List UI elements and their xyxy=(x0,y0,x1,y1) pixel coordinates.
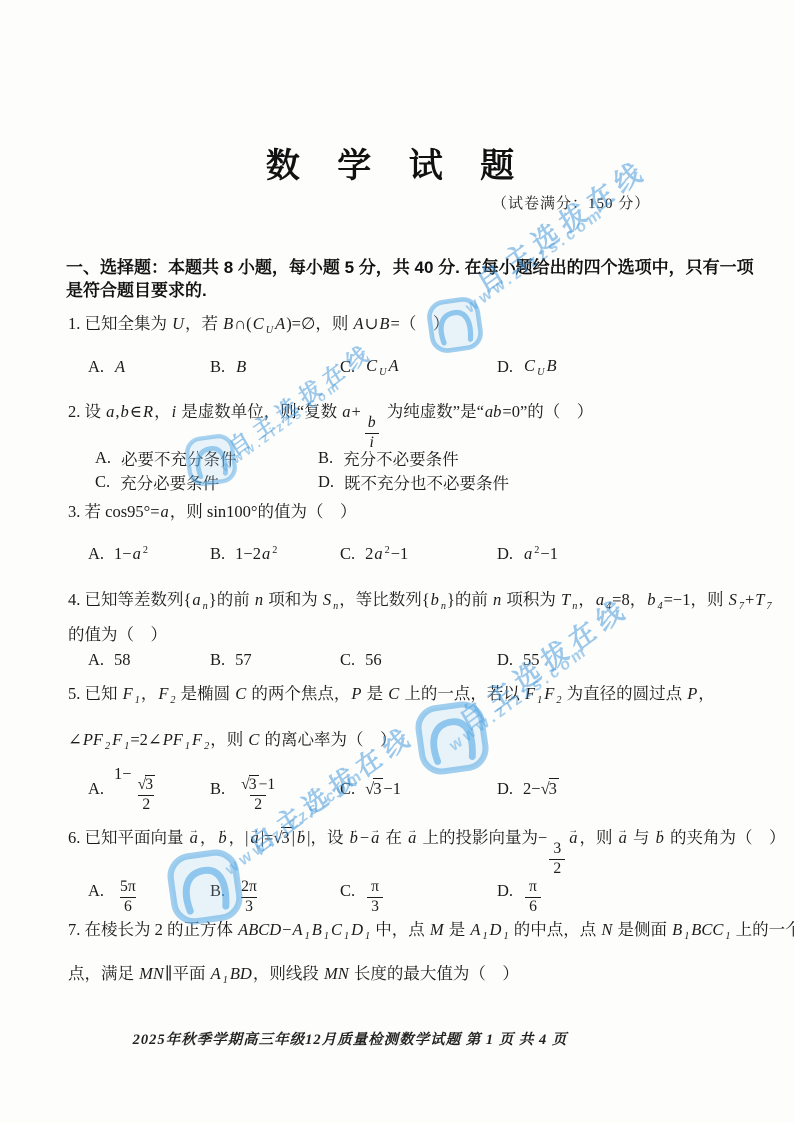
question-5-option-a: A.1−√32 xyxy=(88,764,210,814)
question-5-stem: 5. 已知 F1，F2 是椭圆 C 的两个焦点，P 是 C 上的一点，若以 F1… xyxy=(68,682,768,713)
question-1-option-c: C.CUA xyxy=(340,356,497,378)
option-value: 57 xyxy=(235,650,252,670)
question-2-option-a: A.必要不充分条件 xyxy=(95,446,318,470)
option-label: D. xyxy=(497,779,513,799)
option-label: B. xyxy=(210,779,225,799)
page-title: 数 学 试 题 xyxy=(0,138,794,187)
option-value: π6 xyxy=(523,866,543,916)
option-value: 58 xyxy=(114,650,131,670)
question-3-option-d: D.a2−1 xyxy=(497,544,768,564)
question-7-stem-line2: 点，满足 MN∥平面 A1BD，则线段 MN 长度的最大值为（ ） xyxy=(68,962,768,993)
option-value: 55 xyxy=(523,650,540,670)
question-2-options-row2: C.充分必要条件 D.既不充分也不必要条件 xyxy=(95,470,735,494)
question-4-stem: 4. 已知等差数列{an}的前 n 项和为 Sn，等比数列{bn}的前 n 项积… xyxy=(68,588,768,619)
option-value: 1−a2 xyxy=(114,544,149,564)
option-label: B. xyxy=(210,544,225,564)
option-label: A. xyxy=(88,650,104,670)
option-label: B. xyxy=(210,357,225,377)
question-3-option-b: B.1−2a2 xyxy=(210,544,340,564)
question-2-option-c: C.充分必要条件 xyxy=(95,470,318,494)
question-4-option-c: C.56 xyxy=(340,650,497,670)
option-value: 2π3 xyxy=(235,866,263,916)
option-value: 充分必要条件 xyxy=(120,470,219,494)
option-value: π3 xyxy=(365,866,385,916)
option-label: C. xyxy=(340,650,355,670)
question-6-option-d: D.π6 xyxy=(497,866,768,916)
question-5-option-c: C.√3−1 xyxy=(340,779,497,799)
section-1-header-line2: 是符合题目要求的. xyxy=(66,279,738,302)
question-6-option-c: C.π3 xyxy=(340,866,497,916)
question-2-options-row1: A.必要不充分条件 B.充分不必要条件 xyxy=(95,446,735,470)
question-4-option-d: D.55 xyxy=(497,650,768,670)
question-1-option-d: D.CUB xyxy=(497,356,768,378)
option-value: √3−1 xyxy=(365,779,401,799)
full-score-note: （试卷满分：150 分） xyxy=(492,192,650,213)
option-label: A. xyxy=(88,779,104,799)
question-3-option-a: A.1−a2 xyxy=(88,544,210,564)
question-4-option-b: B.57 xyxy=(210,650,340,670)
option-value: 1−√32 xyxy=(114,764,161,814)
option-label: B. xyxy=(318,448,333,468)
option-value: 必要不充分条件 xyxy=(121,446,237,470)
option-value: 既不充分也不必要条件 xyxy=(344,470,509,494)
question-1-stem: 1. 已知全集为 U，若 B∩(CUA)=∅，则 A∪B=（ ） xyxy=(68,312,768,343)
option-label: C. xyxy=(340,544,355,564)
option-value: CUA xyxy=(365,356,400,378)
option-value: A xyxy=(114,357,126,377)
option-label: D. xyxy=(497,650,513,670)
option-value: 2−√3 xyxy=(523,779,559,799)
option-value: a2−1 xyxy=(523,544,558,564)
question-5-stem-line2: ∠PF2F1=2∠PF1F2，则 C 的离心率为（ ） xyxy=(68,728,768,759)
option-label: B. xyxy=(210,881,225,901)
question-6-options: A.5π6 B.2π3 C.π3 D.π6 xyxy=(88,866,768,916)
exam-paper-page: 数 学 试 题 （试卷满分：150 分） 一、选择题：本题共 8 小题，每小题 … xyxy=(0,0,794,1123)
page-footer: 2025年秋季学期高三年级12月质量检测数学试题 第 1 页 共 4 页 xyxy=(20,1028,680,1049)
option-label: C. xyxy=(340,881,355,901)
option-label: A. xyxy=(88,544,104,564)
option-value: 1−2a2 xyxy=(235,544,278,564)
option-value: CUB xyxy=(523,356,558,378)
question-6-option-a: A.5π6 xyxy=(88,866,210,916)
question-3-option-c: C.2a2−1 xyxy=(340,544,497,564)
question-3-options: A.1−a2 B.1−2a2 C.2a2−1 D.a2−1 xyxy=(88,544,768,564)
option-value: 充分不必要条件 xyxy=(343,446,459,470)
option-label: A. xyxy=(88,357,104,377)
section-1-header-line1: 一、选择题：本题共 8 小题，每小题 5 分，共 40 分. 在每小题给出的四个… xyxy=(66,256,738,279)
option-value: 2a2−1 xyxy=(365,544,408,564)
question-2-option-d: D.既不充分也不必要条件 xyxy=(318,470,509,494)
question-7-stem: 7. 在棱长为 2 的正方体 ABCD−A1B1C1D1 中，点 M 是 A1D… xyxy=(68,918,768,949)
question-2-option-b: B.充分不必要条件 xyxy=(318,446,459,470)
option-label: C. xyxy=(340,357,355,377)
option-label: D. xyxy=(497,544,513,564)
question-3-stem: 3. 若 cos95°=a，则 sin100°的值为（ ） xyxy=(68,500,768,524)
option-value: 56 xyxy=(365,650,382,670)
option-value: 5π6 xyxy=(114,866,142,916)
question-2-stem: 2. 设 a,b∈R，i 是虚数单位，则“复数 a+bi 为纯虚数”是“ab=0… xyxy=(68,400,768,452)
option-label: A. xyxy=(88,881,104,901)
question-4-stem-line2: 的值为（ ） xyxy=(68,623,768,647)
question-4-option-a: A.58 xyxy=(88,650,210,670)
option-label: B. xyxy=(210,650,225,670)
question-4-options: A.58 B.57 C.56 D.55 xyxy=(88,650,768,670)
option-label: D. xyxy=(318,472,334,492)
question-5-options: A.1−√32 B.√3−12 C.√3−1 D.2−√3 xyxy=(88,764,768,814)
option-label: A. xyxy=(95,448,111,468)
question-1-option-a: A.A xyxy=(88,357,210,377)
option-value: √3−12 xyxy=(235,764,281,814)
question-5-option-d: D.2−√3 xyxy=(497,779,768,799)
option-value: B xyxy=(235,357,247,377)
question-1-options: A.A B.B C.CUA D.CUB xyxy=(88,356,768,378)
question-6-option-b: B.2π3 xyxy=(210,866,340,916)
option-label: D. xyxy=(497,881,513,901)
option-label: D. xyxy=(497,357,513,377)
option-label: C. xyxy=(340,779,355,799)
question-1-option-b: B.B xyxy=(210,357,340,377)
option-label: C. xyxy=(95,472,110,492)
section-1-header: 一、选择题：本题共 8 小题，每小题 5 分，共 40 分. 在每小题给出的四个… xyxy=(66,256,738,302)
question-5-option-b: B.√3−12 xyxy=(210,764,340,814)
